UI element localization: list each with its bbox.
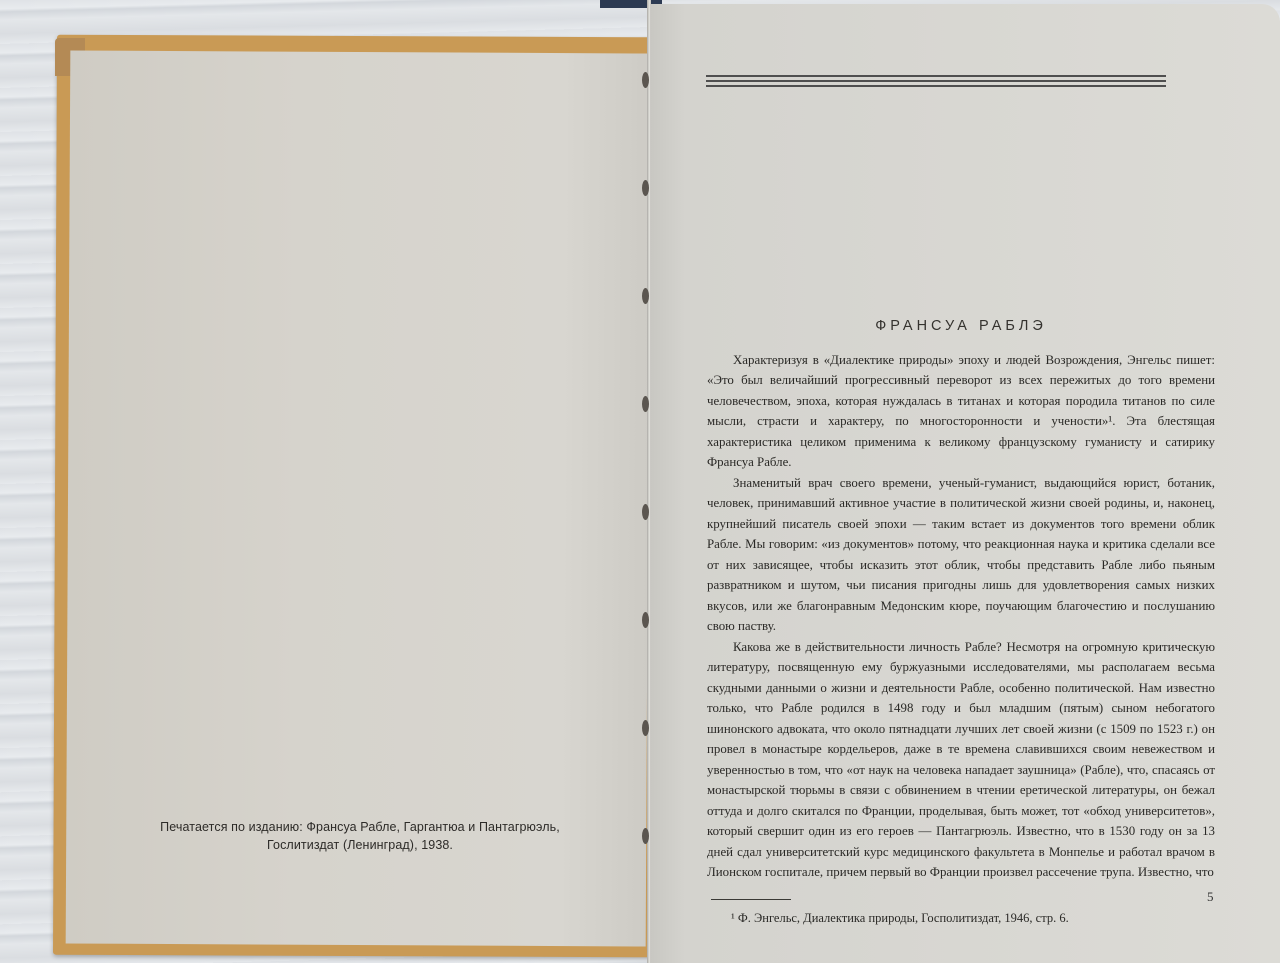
header-rule [706, 80, 1166, 82]
header-rule [706, 75, 1166, 77]
binding-stitch-icon [642, 180, 649, 196]
page-number: 5 [1207, 889, 1214, 905]
paragraph: Какова же в действительности личность Ра… [707, 637, 1215, 883]
imprint-line-1: Печатается по изданию: Франсуа Рабле, Га… [160, 818, 560, 836]
chapter-title: ФРАНСУА РАБЛЭ [707, 316, 1215, 337]
left-page [66, 50, 651, 946]
footnote: ¹ Ф. Энгельс, Диалектика природы, Госпол… [707, 908, 1215, 929]
binding-stitch-icon [642, 828, 649, 844]
binding-stitch-icon [642, 288, 649, 304]
article: ФРАНСУА РАБЛЭ Характеризуя в «Диалектике… [707, 316, 1215, 928]
header-rule [706, 85, 1166, 87]
footnote-separator [711, 899, 791, 900]
paragraph: Знаменитый врач своего времени, ученый-г… [707, 473, 1215, 637]
imprint-note: Печатается по изданию: Франсуа Рабле, Га… [160, 818, 560, 854]
paragraph: Характеризуя в «Диалектике природы» эпох… [707, 350, 1215, 473]
binding-stitch-icon [642, 504, 649, 520]
binding-stitch-icon [642, 72, 649, 88]
binding-stitch-icon [642, 396, 649, 412]
book-gutter [647, 0, 651, 963]
imprint-line-2: Гослитиздат (Ленинград), 1938. [160, 836, 560, 854]
binding-stitch-icon [642, 720, 649, 736]
binding-stitch-icon [642, 612, 649, 628]
